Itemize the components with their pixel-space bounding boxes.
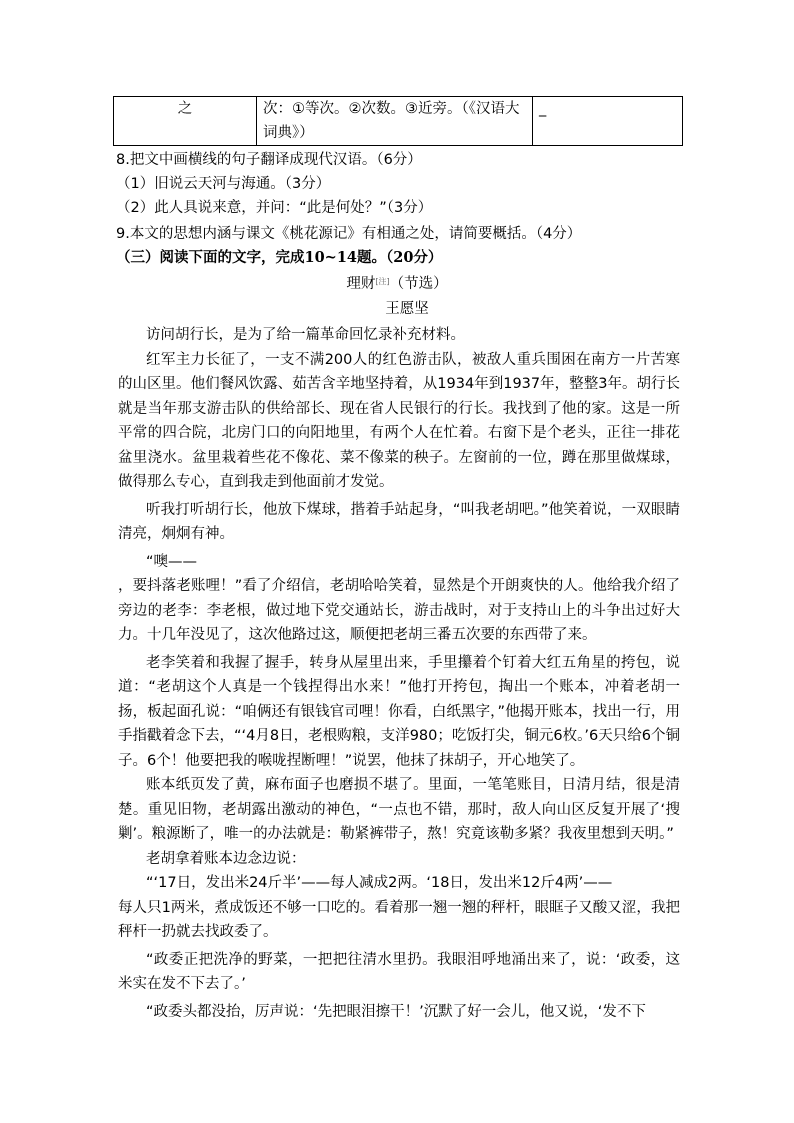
paragraph: “‘17日，发出米24斤半’——每人减成2两。‘18日，发出米12斤4两’—— (118, 871, 680, 896)
document-page: 之 次：①等次。②次数。③近旁。（《汉语大词典》） _ 8.把文中画横线的句子翻… (0, 0, 794, 1123)
definition-table: 之 次：①等次。②次数。③近旁。（《汉语大词典》） _ (113, 96, 683, 146)
question-8: 8.把文中画横线的句子翻译成现代汉语。（6分） (116, 150, 422, 170)
paragraph: 红军主力长征了，一支不满200人的红色游击队，被敌人重兵围困在南方一片苦寒的山区… (118, 348, 680, 495)
question-8-1: （1）旧说云天河与海通。（3分） (116, 174, 330, 194)
paragraph: 听我打听胡行长，他放下煤球，揩着手站起身，“叫我老胡吧。”他笑着说，一双眼睛清亮… (118, 498, 680, 547)
paragraph: 老胡拿着账本边念边说： (118, 847, 680, 872)
title-suffix: （节选） (390, 276, 448, 292)
paragraph: 访问胡行长，是为了给一篇革命回忆录补充材料。 (118, 323, 680, 348)
article-title: 理财[注]（节选） (0, 274, 794, 294)
table-cell-answer: _ (533, 97, 683, 146)
title-note: [注] (375, 277, 389, 286)
article-author: 王愿坚 (0, 299, 794, 319)
paragraph: 每人只1两米，煮成饭还不够一口吃的。看着那一翘一翘的秤杆，眼眶子又酸又涩，我把秤… (118, 896, 680, 945)
question-8-2: （2）此人具说来意，并问：“此是何处？”（3分） (116, 198, 432, 218)
article-body: 访问胡行长，是为了给一篇革命回忆录补充材料。 红军主力长征了，一支不满200人的… (118, 323, 680, 1024)
paragraph: “政委正把洗净的野菜，一把把往清水里扔。我眼泪呼地涌出来了，说：‘政委，这米实在… (118, 948, 680, 997)
title-text: 理财 (346, 276, 375, 292)
section-heading: （三）阅读下面的文字，完成10~14题。（20分） (116, 248, 442, 268)
paragraph: “噢—— (118, 550, 680, 575)
paragraph: 账本纸页发了黄，麻布面子也磨损不堪了。里面，一笔笔账目，日清月结，很是清楚。重见… (118, 773, 680, 847)
paragraph: ，要抖落老账哩！”看了介绍信，老胡哈哈笑着，显然是个开朗爽快的人。他给我介绍了旁… (118, 574, 680, 648)
paragraph: “政委头都没抬，厉声说：‘先把眼泪擦干！’沉默了好一会儿，他又说，‘发不下 (118, 1000, 680, 1025)
paragraph: 老李笑着和我握了握手，转身从屋里出来，手里攥着个钉着大红五角星的挎包，说道：“老… (118, 651, 680, 774)
question-9: 9.本文的思想内涵与课文《桃花源记》有相通之处，请简要概括。（4分） (116, 224, 581, 244)
table-cell-definition: 次：①等次。②次数。③近旁。（《汉语大词典》） (257, 97, 533, 146)
table-cell-word: 之 (114, 97, 257, 146)
table-row: 之 次：①等次。②次数。③近旁。（《汉语大词典》） _ (114, 97, 683, 146)
